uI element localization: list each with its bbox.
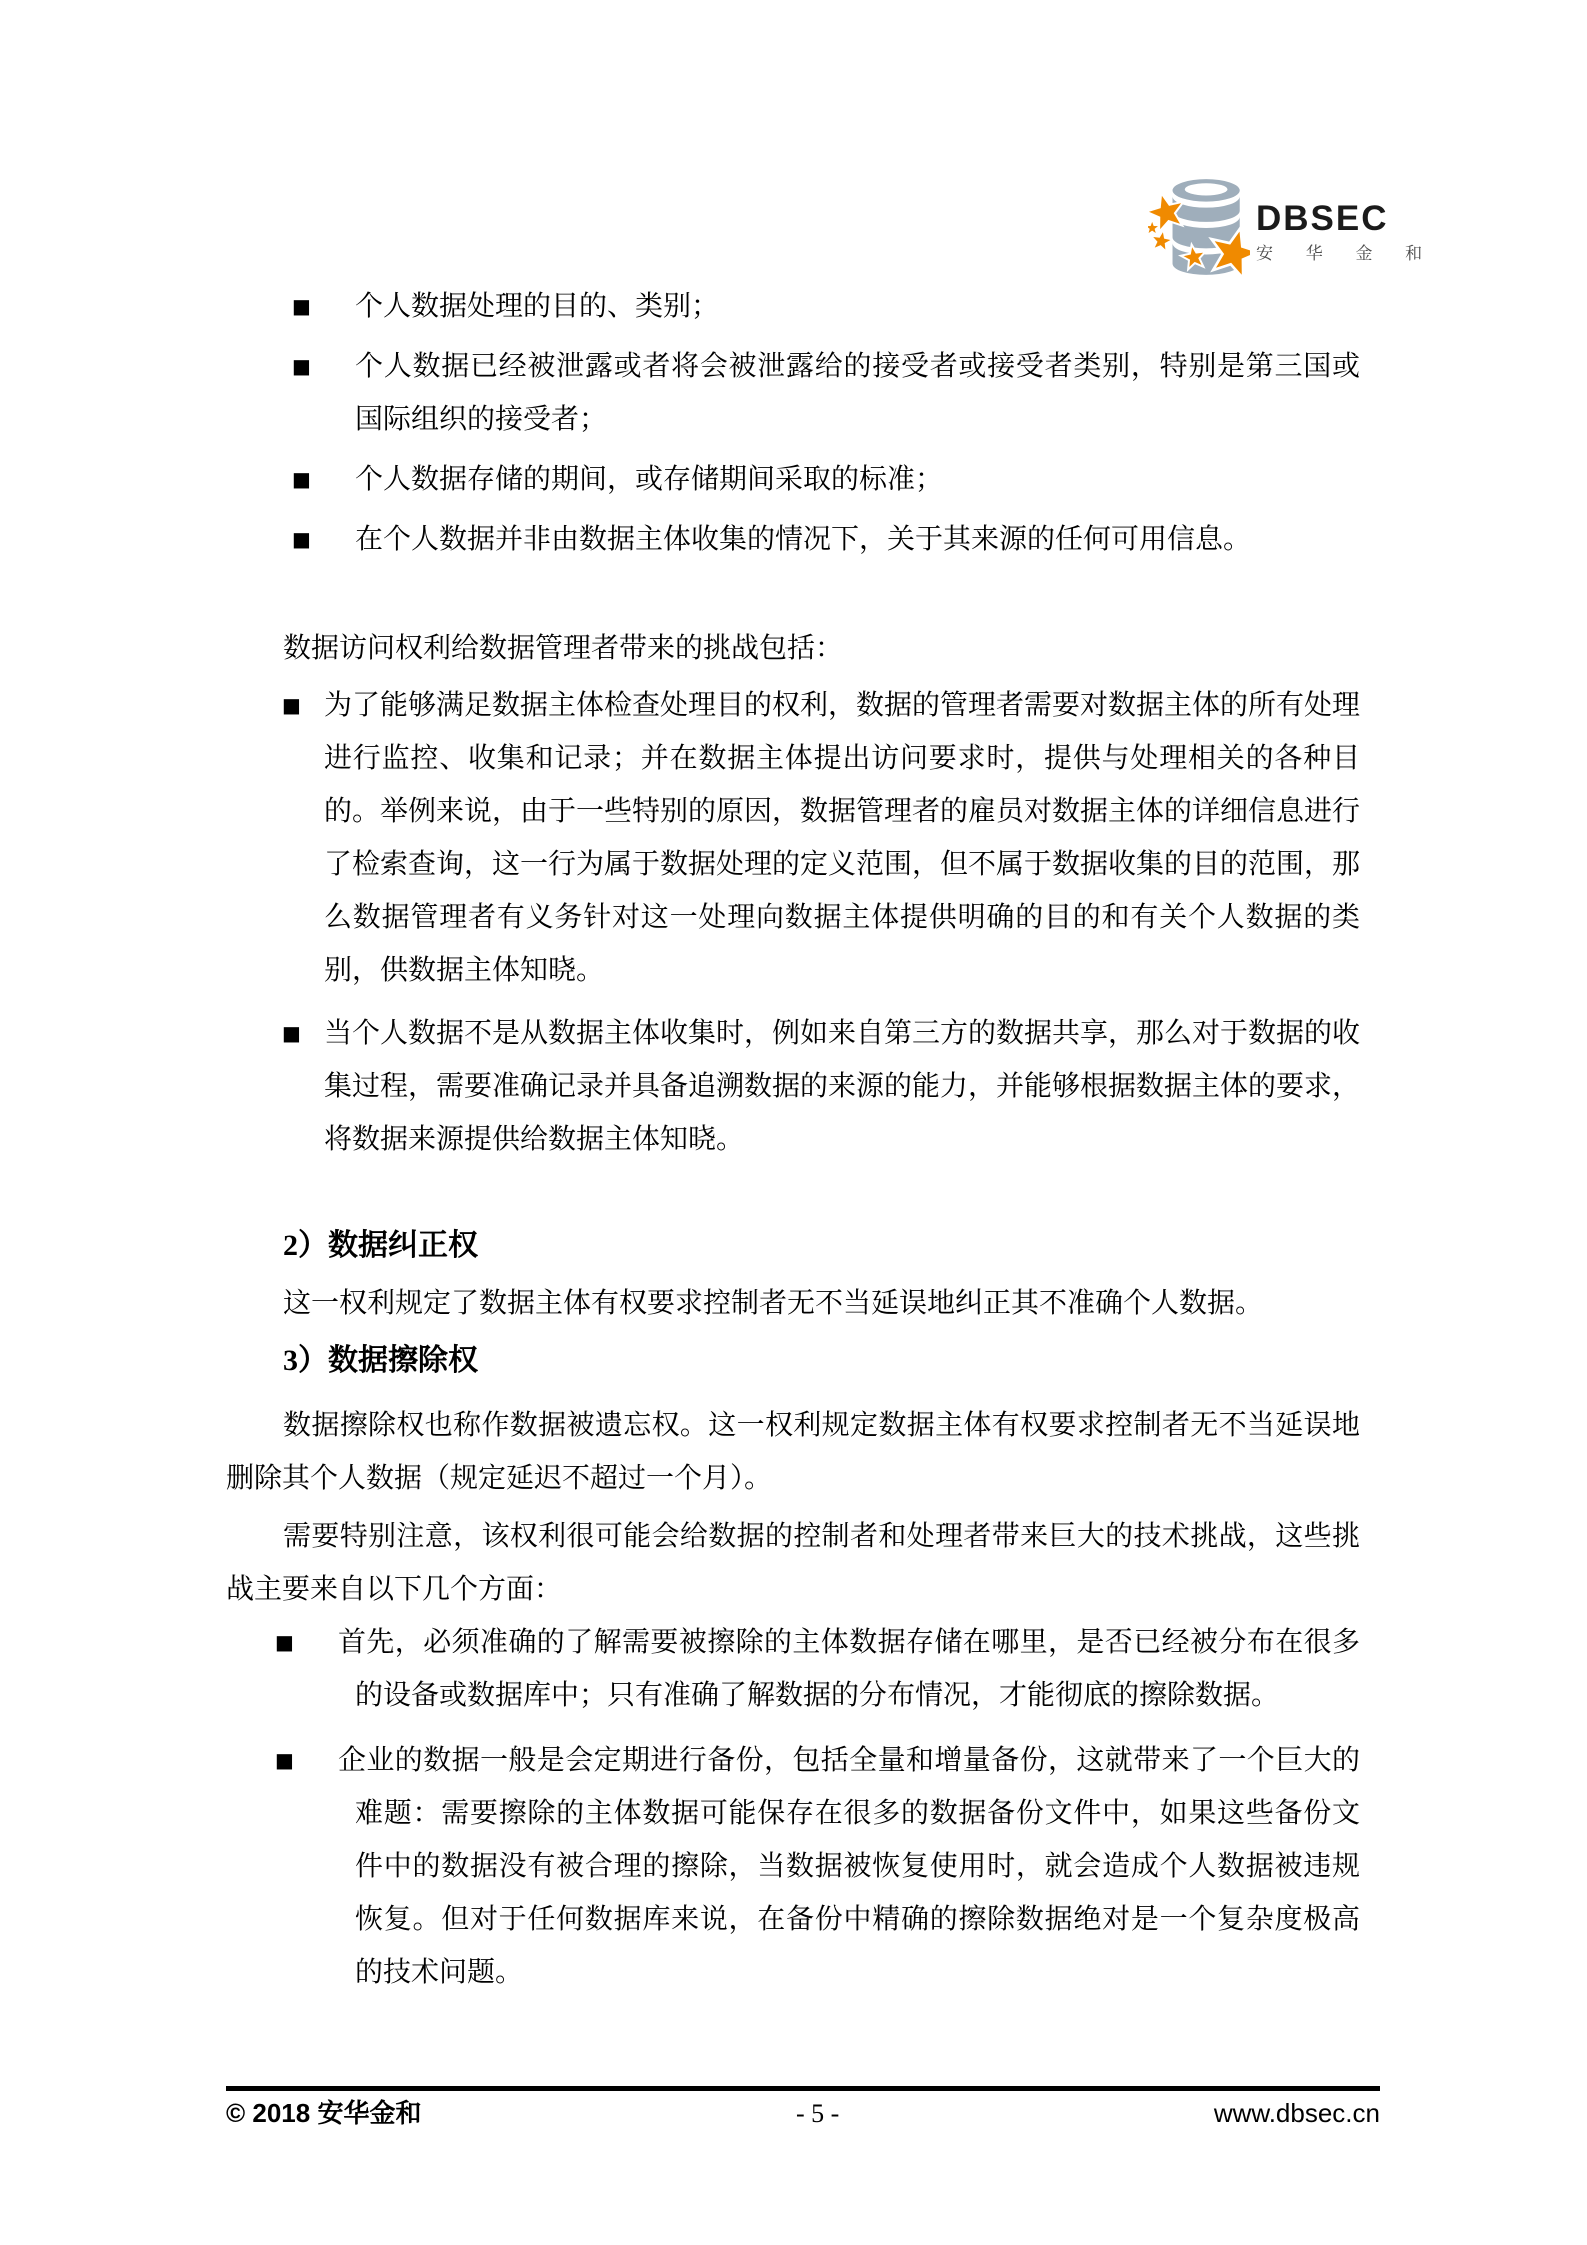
list-item-text: 个人数据已经被泄露或者将会被泄露给的接受者或接受者类别，特别是第三国或国际组织的… bbox=[355, 351, 1360, 435]
list-item: ■ 个人数据处理的目的、类别； bbox=[226, 280, 1360, 333]
document-body: ■ 个人数据处理的目的、类别； ■ 个人数据已经被泄露或者将会被泄露给的接受者或… bbox=[226, 280, 1360, 1999]
dbsec-logo: DBSEC 安 华 金 和 bbox=[1148, 170, 1398, 288]
database-logo-icon bbox=[1148, 170, 1250, 282]
list-item: ■ 当个人数据不是从数据主体收集时，例如来自第三方的数据共享，那么对于数据的收集… bbox=[226, 1007, 1360, 1166]
bullet-icon: ■ bbox=[292, 340, 311, 393]
footer-copyright: © 2018 安华金和 bbox=[226, 2097, 421, 2129]
heading-data-erasure-right: 3）数据擦除权 bbox=[283, 1334, 1360, 1387]
list-item: ■ 为了能够满足数据主体检查处理目的权利，数据的管理者需要对数据主体的所有处理进… bbox=[226, 679, 1360, 997]
bullet-icon: ■ bbox=[292, 513, 311, 566]
paragraph-erasure-definition: 数据擦除权也称作数据被遗忘权。这一权利规定数据主体有权要求控制者无不当延误地删除… bbox=[226, 1399, 1360, 1505]
list-item: ■ 企业的数据一般是会定期进行备份，包括全量和增量备份，这就带来了一个巨大的难题… bbox=[226, 1734, 1360, 1999]
list-item-text: 为了能够满足数据主体检查处理目的权利，数据的管理者需要对数据主体的所有处理进行监… bbox=[324, 690, 1360, 986]
bullet-icon: ■ bbox=[282, 1007, 301, 1060]
logo-brand-name: DBSEC bbox=[1256, 202, 1436, 236]
list-item-text: 企业的数据一般是会定期进行备份，包括全量和增量备份，这就带来了一个巨大的难题：需… bbox=[338, 1745, 1360, 1988]
controller-challenges-list: ■ 为了能够满足数据主体检查处理目的权利，数据的管理者需要对数据主体的所有处理进… bbox=[226, 679, 1360, 1166]
bullet-icon: ■ bbox=[292, 1616, 294, 1669]
footer: © 2018 安华金和 - 5 - www.dbsec.cn bbox=[226, 2097, 1380, 2130]
bullet-icon: ■ bbox=[292, 453, 311, 506]
paragraph-erasure-note: 需要特别注意，该权利很可能会给数据的控制者和处理者带来巨大的技术挑战，这些挑战主… bbox=[226, 1510, 1360, 1616]
list-item: ■ 首先，必须准确的了解需要被擦除的主体数据存储在哪里，是否已经被分布在很多的设… bbox=[226, 1616, 1360, 1722]
list-item-text: 当个人数据不是从数据主体收集时，例如来自第三方的数据共享，那么对于数据的收集过程… bbox=[324, 1018, 1360, 1155]
bullet-icon: ■ bbox=[292, 280, 311, 333]
list-item: ■ 在个人数据并非由数据主体收集的情况下，关于其来源的任何可用信息。 bbox=[226, 513, 1360, 566]
list-item-text: 首先，必须准确的了解需要被擦除的主体数据存储在哪里，是否已经被分布在很多的设备或… bbox=[338, 1627, 1360, 1711]
list-item: ■ 个人数据已经被泄露或者将会被泄露给的接受者或接受者类别，特别是第三国或国际组… bbox=[226, 340, 1360, 446]
paragraph-correction: 这一权利规定了数据主体有权要求控制者无不当延误地纠正其不准确个人数据。 bbox=[226, 1277, 1360, 1330]
list-item-text: 在个人数据并非由数据主体收集的情况下，关于其来源的任何可用信息。 bbox=[355, 524, 1251, 555]
list-item-text: 个人数据处理的目的、类别； bbox=[355, 291, 719, 322]
footer-website: www.dbsec.cn bbox=[1214, 2097, 1380, 2129]
document-page: DBSEC 安 华 金 和 ■ 个人数据处理的目的、类别； ■ 个人数据已经被泄… bbox=[0, 0, 1587, 2245]
footer-divider bbox=[226, 2086, 1380, 2091]
bullet-icon: ■ bbox=[292, 1734, 294, 1787]
bullet-icon: ■ bbox=[282, 679, 301, 732]
access-right-info-list: ■ 个人数据处理的目的、类别； ■ 个人数据已经被泄露或者将会被泄露给的接受者或… bbox=[226, 280, 1360, 566]
list-item-text: 个人数据存储的期间，或存储期间采取的标准； bbox=[355, 464, 943, 495]
paragraph-challenges-intro: 数据访问权利给数据管理者带来的挑战包括： bbox=[226, 622, 1360, 675]
list-item: ■ 个人数据存储的期间，或存储期间采取的标准； bbox=[226, 453, 1360, 506]
logo-text: DBSEC 安 华 金 和 bbox=[1256, 202, 1436, 264]
logo-brand-chinese: 安 华 金 和 bbox=[1256, 239, 1436, 264]
footer-page-number: - 5 - bbox=[796, 2098, 839, 2130]
erasure-challenges-list: ■ 首先，必须准确的了解需要被擦除的主体数据存储在哪里，是否已经被分布在很多的设… bbox=[226, 1616, 1360, 1999]
heading-data-correction-right: 2）数据纠正权 bbox=[283, 1219, 1360, 1272]
